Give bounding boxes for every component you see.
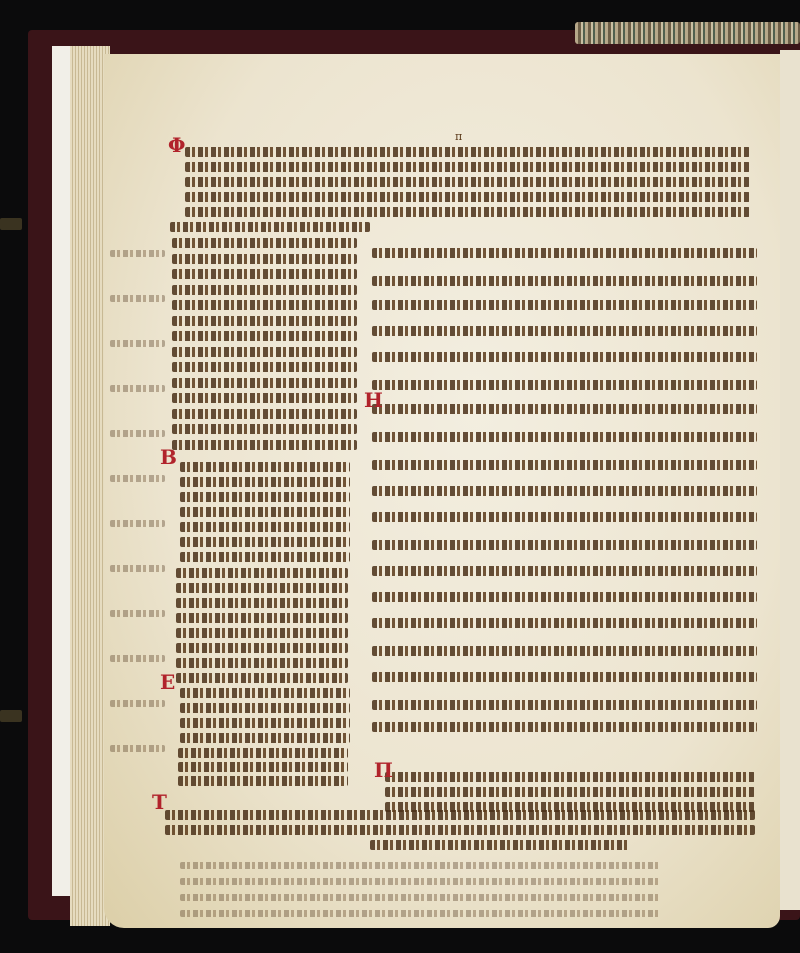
rubric-initial: Τ <box>152 790 167 814</box>
script-line <box>180 537 350 547</box>
script-line <box>110 475 165 482</box>
script-line <box>172 254 357 264</box>
script-line <box>176 568 348 578</box>
script-line <box>172 316 357 326</box>
script-line <box>180 862 660 869</box>
script-line <box>372 248 757 258</box>
script-line <box>185 207 750 217</box>
rubric-initial: Π <box>374 758 393 782</box>
script-line <box>372 592 757 602</box>
script-line <box>180 878 660 885</box>
script-line <box>372 512 757 522</box>
script-line <box>172 269 357 279</box>
script-line <box>372 672 757 682</box>
script-line <box>385 787 755 797</box>
script-line <box>110 520 165 527</box>
script-line <box>165 825 755 835</box>
script-line <box>178 748 348 758</box>
script-line <box>176 643 348 653</box>
script-line <box>372 432 757 442</box>
script-line <box>110 610 165 617</box>
script-line <box>176 583 348 593</box>
folio-mark: π <box>455 130 462 143</box>
script-line <box>110 385 165 392</box>
script-line <box>110 700 165 707</box>
rubric-initial: Ε <box>160 670 175 694</box>
script-line <box>172 300 357 310</box>
script-line <box>385 772 755 782</box>
script-line <box>372 352 757 362</box>
script-line <box>370 840 630 850</box>
script-line <box>165 810 755 820</box>
script-line <box>110 295 165 302</box>
script-line <box>180 507 350 517</box>
script-line <box>372 540 757 550</box>
script-line <box>372 460 757 470</box>
script-line <box>170 222 370 232</box>
script-line <box>185 177 750 187</box>
script-line <box>372 326 757 336</box>
script-line <box>178 762 348 772</box>
script-line <box>180 718 350 728</box>
rubric-initial: Φ <box>168 133 185 157</box>
script-line <box>180 462 350 472</box>
script-line <box>180 910 660 917</box>
script-line <box>180 733 350 743</box>
script-line <box>178 776 348 786</box>
rubric-initial: Β <box>160 445 177 469</box>
script-line <box>180 522 350 532</box>
rubric-initial: Η <box>364 388 383 412</box>
script-line <box>372 646 757 656</box>
script-line <box>372 566 757 576</box>
script-line <box>110 340 165 347</box>
script-line <box>180 703 350 713</box>
clasp-top <box>0 218 22 230</box>
script-line <box>172 393 357 403</box>
script-line <box>372 300 757 310</box>
script-line <box>185 162 750 172</box>
script-line <box>172 347 357 357</box>
script-line <box>180 477 350 487</box>
script-line <box>372 722 757 732</box>
headband <box>575 22 800 44</box>
script-line <box>110 250 165 257</box>
script-line <box>172 440 357 450</box>
script-line <box>372 404 757 414</box>
script-line <box>110 430 165 437</box>
script-line <box>176 598 348 608</box>
script-line <box>372 618 757 628</box>
script-line <box>110 745 165 752</box>
script-line <box>172 409 357 419</box>
script-line <box>185 192 750 202</box>
script-line <box>172 424 357 434</box>
script-line <box>176 628 348 638</box>
script-line <box>176 673 348 683</box>
script-line <box>110 655 165 662</box>
script-line <box>185 147 750 157</box>
script-line <box>172 378 357 388</box>
script-line <box>372 276 757 286</box>
script-line <box>180 688 350 698</box>
clasp-bottom <box>0 710 22 722</box>
script-line <box>176 613 348 623</box>
script-line <box>180 552 350 562</box>
script-line <box>172 331 357 341</box>
script-line <box>172 238 357 248</box>
script-line <box>176 658 348 668</box>
script-line <box>172 285 357 295</box>
script-line <box>180 492 350 502</box>
script-line <box>372 486 757 496</box>
script-line <box>372 700 757 710</box>
script-line <box>372 380 757 390</box>
script-line <box>180 894 660 901</box>
facing-page-edge <box>780 50 800 910</box>
script-line <box>172 362 357 372</box>
script-line <box>110 565 165 572</box>
